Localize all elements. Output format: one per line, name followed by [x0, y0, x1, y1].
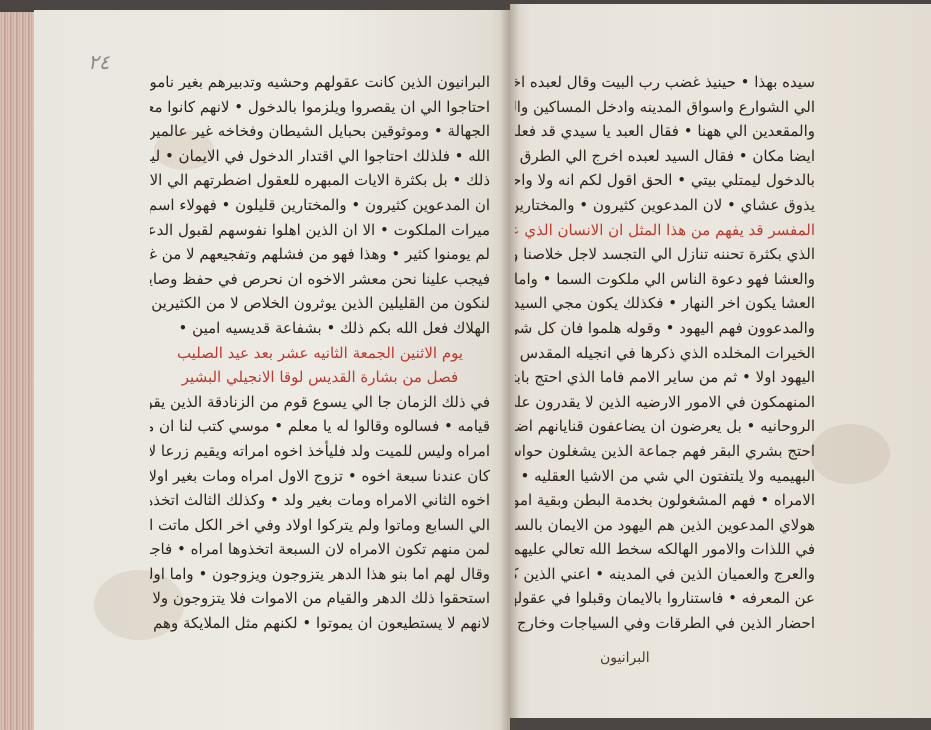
text-line: احتج بشري البقر فهم جماعة الذين يشغلون ح… — [515, 439, 815, 464]
text-line: الجهالة • وموثوقين بحبايل الشيطان وفخاخه… — [150, 119, 490, 144]
text-line: وقال لهم اما بنو هذا الدهر يتزوجون ويزوج… — [150, 562, 490, 587]
text-line: الروحانيه • بل يعرضون ان يضاعفون قنايانه… — [515, 414, 815, 439]
text-line: الخيرات المخلده الذي ذكرها في انجيله الم… — [515, 341, 815, 366]
text-line: ايضا مكان • فقال السيد لعبده اخرج الي ال… — [515, 144, 815, 169]
text-line: المنهمكون في الامور الارضيه الذين لا يقد… — [515, 390, 815, 415]
text-line: عن المعرفه • فاستناروا بالايمان وقبلوا ف… — [515, 586, 815, 611]
text-line: لنكون من القليلين الذين يوثرون الخلاص لا… — [150, 291, 490, 316]
text-line: يذوق عشاي • لان المدعوين كثيرون • والمخت… — [515, 193, 815, 218]
text-line: اليهود اولا • ثم من ساير الامم فاما الذي… — [515, 365, 815, 390]
text-line: الهلاك فعل الله بكم ذلك • بشفاعة قديسيه … — [150, 316, 490, 341]
rubric-heading: يوم الاثنين الجمعة الثانيه عشر بعد عيد ا… — [150, 341, 490, 366]
text-line: والمدعوون فهم اليهود • وقوله هلموا فان ك… — [515, 316, 815, 341]
text-line: لانهم لا يستطيعون ان يموتوا • لكنهم مثل … — [150, 611, 490, 636]
text-line: والمقعدين الي ههنا • فقال العبد يا سيدي … — [515, 119, 815, 144]
text-line: البهيميه ولا يلتفتون الي شي من الاشيا ال… — [515, 464, 815, 489]
text-line: والعرج والعميان الذين في المدينه • اعني … — [515, 562, 815, 587]
text-line: في ذلك الزمان جا الي يسوع قوم من الزنادق… — [150, 390, 490, 415]
text-line: كان عندنا سبعة اخوه • تزوج الاول امراه و… — [150, 464, 490, 489]
text-line: امراه وليس للميت ولد فليأخذ اخوه امراته … — [150, 439, 490, 464]
text-line: في اللذات والامور الهالكه سخط الله تعالي… — [515, 537, 815, 562]
text-line: ان المدعوين كثيرون • والمختارين قليلون •… — [150, 193, 490, 218]
text-line: الامراه • فهم المشغولون بخدمة البطن وبقي… — [515, 488, 815, 513]
catchword: البرانيون — [600, 650, 650, 666]
text-line: البرانيون الذين كانت عقولهم وحشيه وتدبير… — [150, 70, 490, 95]
text-line: ذلك • بل بكثرة الايات المبهره للعقول اضط… — [150, 168, 490, 193]
left-page-text: البرانيون الذين كانت عقولهم وحشيه وتدبير… — [150, 70, 490, 636]
text-line: اخوه الثاني الامراه ومات بغير ولد • وكذل… — [150, 488, 490, 513]
page-edges — [0, 12, 36, 730]
text-line: هولاي المدعوين الذين هم اليهود من الايما… — [515, 513, 815, 538]
rubric-line: المفسر قد يفهم من هذا المثل ان الانسان ا… — [515, 218, 815, 243]
text-line: استحقوا ذلك الدهر والقيام من الاموات فلا… — [150, 586, 490, 611]
text-line: احضار الذين في الطرقات وفي السياجات وخار… — [515, 611, 815, 636]
text-line: ميرات الملكوت • الا ان الذين اهلوا نفوسه… — [150, 218, 490, 243]
right-page-text: سيده بهذا • حينيذ غضب رب البيت وقال لعبد… — [515, 70, 815, 636]
text-line: بالدخول ليمتلي بيتي • الحق اقول لكم انه … — [515, 168, 815, 193]
text-line: لمن منهم تكون الامراه لان السبعة اتخذوها… — [150, 537, 490, 562]
text-line: الله • فلذلك احتاجوا الي اقتدار الدخول ف… — [150, 144, 490, 169]
rubric-heading: فصل من بشارة القديس لوقا الانجيلي البشير — [150, 365, 490, 390]
folio-number: ٢٤ — [88, 50, 109, 74]
text-line: الي الشوارع واسواق المدينه وادخل المساكي… — [515, 95, 815, 120]
text-line: العشا يكون اخر النهار • فكذلك يكون مجي ا… — [515, 291, 815, 316]
text-line: الذي بكثرة تحننه تنازل الي التجسد لاجل خ… — [515, 242, 815, 267]
text-line: والعشا فهو دعوة الناس الي ملكوت السما • … — [515, 267, 815, 292]
text-line: قيامه • فسالوه وقالوا له يا معلم • موسي … — [150, 414, 490, 439]
text-line: فيجب علينا نحن معشر الاخوه ان نحرص في حف… — [150, 267, 490, 292]
text-line: احتاجوا الي ان يقصروا ويلزموا بالدخول • … — [150, 95, 490, 120]
text-line: سيده بهذا • حينيذ غضب رب البيت وقال لعبد… — [515, 70, 815, 95]
text-line: لم يومنوا كثير • وهذا فهو من فشلهم وتفجي… — [150, 242, 490, 267]
text-line: الي السابع وماتوا ولم يتركوا اولاد وفي ا… — [150, 513, 490, 538]
